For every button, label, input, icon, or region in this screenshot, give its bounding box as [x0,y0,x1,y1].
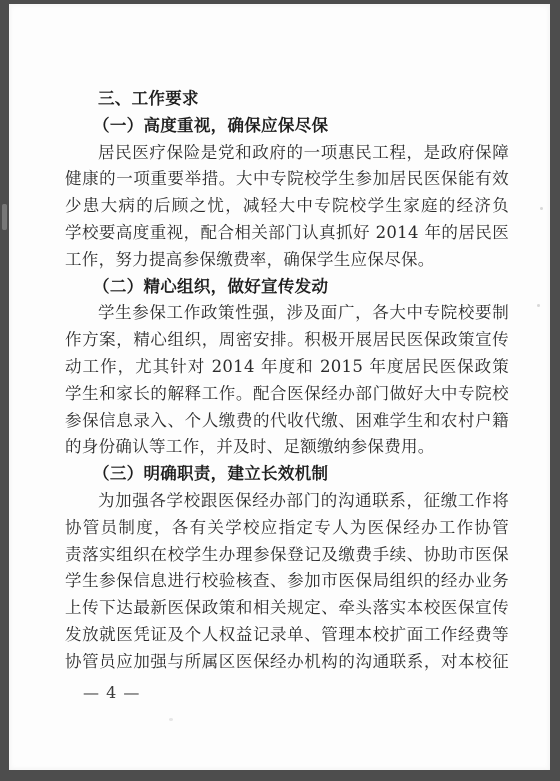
text-line: 学生和家长的解释工作。配合医保经办部门做好大中专院校学生 [65,381,509,408]
scanned-document-screenshot: { "page": { "number_label": "— 4 —", "fr… [0,0,560,781]
text-line: 居民医疗保险是党和政府的一项惠民工程，是政府保障学生 [65,140,509,167]
text-line: 工作，努力提高参保缴费率，确保学生应保尽保。 [65,247,509,274]
text-line: 健康的一项重要举措。大中专院校学生参加居民医保能有效地减 [65,166,509,193]
scan-artifact [169,718,173,721]
scan-artifact [537,304,540,307]
heading-line: （一）高度重视，确保应保尽保 [65,113,509,140]
text-line: 为加强各学校跟医保经办部门的沟通联系，征缴工作将建立 [65,488,509,515]
text-line: 作方案，精心组织，周密安排。积极开展居民医保政策宣传和发 [65,327,509,354]
text-line: 学生参保工作政策性强，涉及面广，各大中专院校要制定工 [65,300,509,327]
scan-artifact [2,204,7,230]
document-body: 三、工作要求（一）高度重视，确保应保尽保居民医疗保险是党和政府的一项惠民工程，是… [65,86,509,676]
page-number: — 4 — [83,683,140,702]
text-line: 发放就医凭证及个人权益记录单、管理本校扩面工作经费等工作。 [65,622,509,649]
text-line: 学生参保信息进行校验核查、参加市医保局组织的经办业务培训， [65,568,509,595]
text-line: 参保信息录入、个人缴费的代收代缴、困难学生和农村户籍学生 [65,408,509,435]
heading-line: 三、工作要求 [65,86,509,113]
text-line: 责落实组织在校学生办理参保登记及缴费手续、协助市医保局对 [65,542,509,569]
text-line: 协管员应加强与所属区医保经办机构的沟通联系，对本校征缴工 [65,649,509,676]
text-line: 协管员制度，各有关学校应指定专人为医保经办工作协管员，负 [65,515,509,542]
document-page: 三、工作要求（一）高度重视，确保应保尽保居民医疗保险是党和政府的一项惠民工程，是… [9,4,550,770]
scan-artifact [540,207,543,210]
text-line: 的身份确认等工作，并及时、足额缴纳参保费用。 [65,434,509,461]
text-line: 上传下达最新医保政策和相关规定、牵头落实本校医保宣传动员、 [65,595,509,622]
text-line: 学校要高度重视，配合相关部门认真抓好 2014 年的居民医保参保 [65,220,509,247]
text-line: 少患大病的后顾之忧，减轻大中专院校学生家庭的经济负担。各 [65,193,509,220]
heading-line: （二）精心组织，做好宣传发动 [65,274,509,301]
text-line: 动工作，尤其针对 2014 年度和 2015 年度居民医保政策变化做好 [65,354,509,381]
heading-line: （三）明确职责，建立长效机制 [65,461,509,488]
